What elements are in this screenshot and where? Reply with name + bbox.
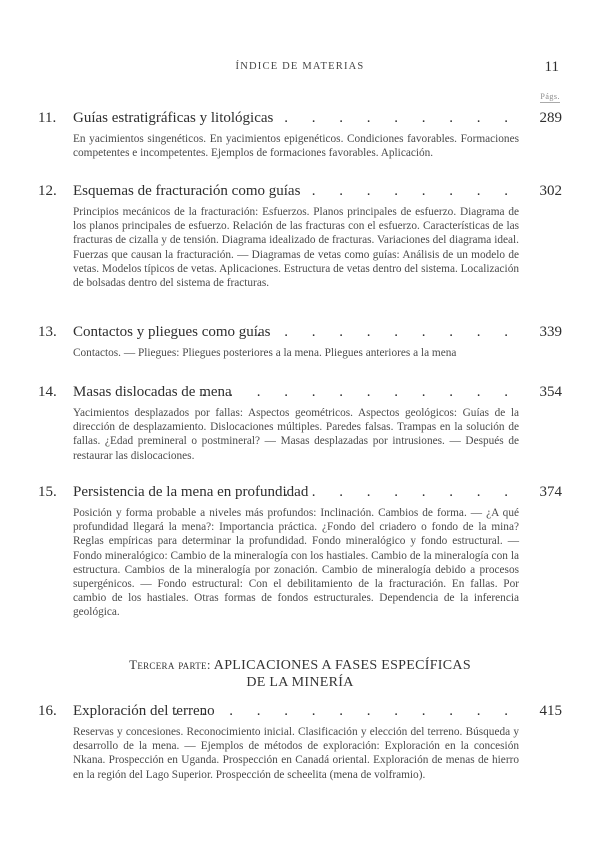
page-number: 11 xyxy=(545,59,559,76)
toc-entry-header: 16. Exploración del terreno . . . . . . … xyxy=(38,703,562,723)
chapter-title: Persistencia de la mena en profundidad xyxy=(73,484,308,501)
part-heading: Tercera parte: APLICACIONES A FASES ESPE… xyxy=(0,656,600,691)
chapter-number: 13. xyxy=(38,324,57,341)
chapter-description: En yacimientos singenéticos. En yacimien… xyxy=(73,132,519,160)
leader-dots: . . . . . . . . . . xyxy=(257,324,518,341)
pages-column-label: Págs. xyxy=(540,92,560,103)
chapter-page: 354 xyxy=(540,384,563,401)
toc-entry-header: 11. Guías estratigráficas y litológicas … xyxy=(38,110,562,130)
running-head: ÍNDICE DE MATERIAS 11 xyxy=(0,59,600,79)
chapter-description: Reservas y concesiones. Reconocimiento i… xyxy=(73,725,519,782)
running-head-title: ÍNDICE DE MATERIAS xyxy=(0,61,600,72)
part-label: Tercera parte: xyxy=(129,657,211,672)
chapter-description: Contactos. — Pliegues: Pliegues posterio… xyxy=(73,346,519,360)
leader-dots: . . . . . . . . . . . . xyxy=(202,384,518,401)
part-heading-line-1: Tercera parte: APLICACIONES A FASES ESPE… xyxy=(0,656,600,674)
toc-entry-16: 16. Exploración del terreno . . . . . . … xyxy=(38,703,562,782)
chapter-number: 12. xyxy=(38,183,57,200)
chapter-title: Guías estratigráficas y litológicas xyxy=(73,110,273,127)
chapter-page: 374 xyxy=(540,484,563,501)
chapter-number: 16. xyxy=(38,703,57,720)
chapter-number: 15. xyxy=(38,484,57,501)
leader-dots: . . . . . . . . xyxy=(312,183,518,200)
toc-entry-15: 15. Persistencia de la mena en profundid… xyxy=(38,484,562,620)
chapter-page: 415 xyxy=(540,703,563,720)
chapter-title: Esquemas de fracturación como guías xyxy=(73,183,300,200)
leader-dots: . . . . . . . . . . . . . xyxy=(174,703,518,720)
chapter-description: Yacimientos desplazados por fallas: Aspe… xyxy=(73,406,519,463)
chapter-description: Posición y forma probable a niveles más … xyxy=(73,506,519,620)
toc-entry-12: 12. Esquemas de fracturación como guías … xyxy=(38,183,562,290)
toc-entry-14: 14. Masas dislocadas de mena . . . . . .… xyxy=(38,384,562,463)
toc-entry-11: 11. Guías estratigráficas y litológicas … xyxy=(38,110,562,160)
part-title: APLICACIONES A FASES ESPECÍFICAS xyxy=(214,658,471,673)
part-heading-line-2: DE LA MINERÍA xyxy=(0,674,600,691)
leader-dots: . . . . . . . . . xyxy=(284,484,518,501)
chapter-number: 11. xyxy=(38,110,56,127)
leader-dots: . . . . . . . . . xyxy=(284,110,518,127)
toc-entry-13: 13. Contactos y pliegues como guías . . … xyxy=(38,324,562,360)
chapter-page: 339 xyxy=(540,324,563,341)
toc-entry-header: 14. Masas dislocadas de mena . . . . . .… xyxy=(38,384,562,404)
chapter-number: 14. xyxy=(38,384,57,401)
toc-entry-header: 12. Esquemas de fracturación como guías … xyxy=(38,183,562,203)
chapter-page: 289 xyxy=(540,110,563,127)
chapter-title: Contactos y pliegues como guías xyxy=(73,324,270,341)
chapter-page: 302 xyxy=(540,183,563,200)
chapter-description: Principios mecánicos de la fracturación:… xyxy=(73,205,519,290)
toc-entry-header: 13. Contactos y pliegues como guías . . … xyxy=(38,324,562,344)
toc-entry-header: 15. Persistencia de la mena en profundid… xyxy=(38,484,562,504)
